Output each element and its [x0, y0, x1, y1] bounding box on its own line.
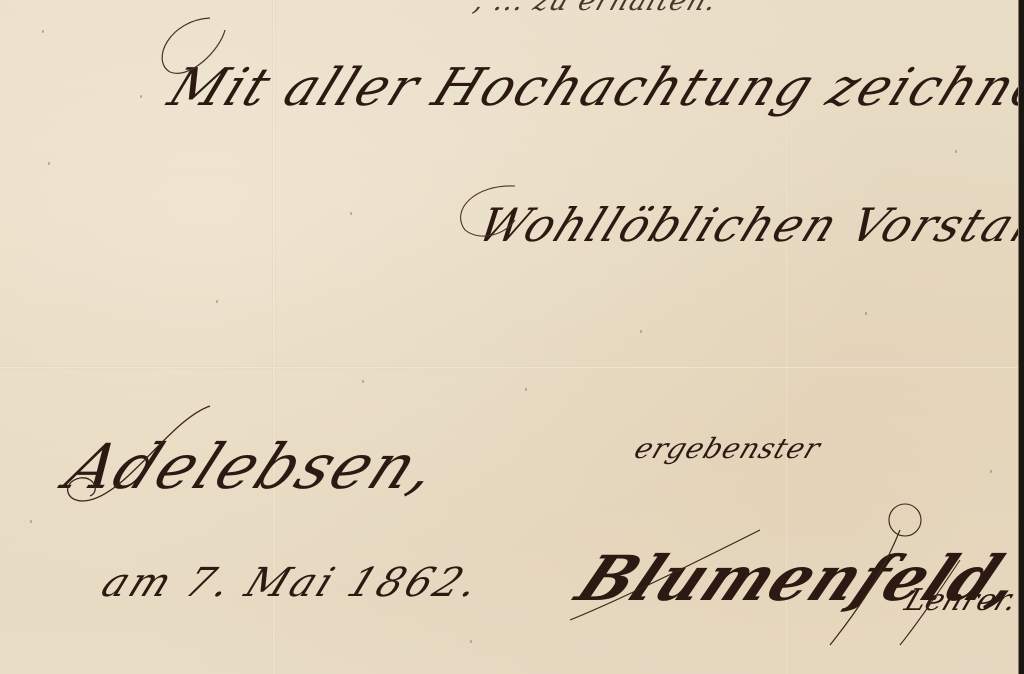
paper-speck	[990, 470, 992, 473]
signer-title: Lehrer.	[900, 583, 1019, 618]
paper-speck	[525, 388, 527, 391]
closing-phrase: Mit aller Hochachtung zeichnet	[160, 58, 1019, 118]
letter-page: , ... zu erhalten. Mit aller Hochachtung…	[0, 0, 1019, 674]
paper-speck	[30, 520, 32, 523]
letter-date: am 7. Mai 1862.	[95, 560, 489, 606]
paper-speck	[48, 162, 50, 165]
paper-speck	[955, 150, 957, 153]
paper-speck	[140, 95, 142, 98]
paper-speck	[865, 312, 867, 315]
paper-speck	[470, 640, 472, 643]
paper-speck	[42, 30, 44, 33]
paper-speck	[216, 300, 218, 303]
paper-speck	[350, 212, 352, 215]
paper-speck	[362, 380, 364, 383]
place-name: Adelebsen,	[55, 430, 453, 503]
addressee-board: Wohllöblichen Vorstandes	[470, 198, 1019, 252]
servant-phrase: ergebenster	[630, 432, 826, 465]
paper-speck	[640, 330, 642, 333]
horizontal-fold-crease	[0, 366, 1018, 369]
partial-top-line: , ... zu erhalten.	[470, 0, 722, 17]
